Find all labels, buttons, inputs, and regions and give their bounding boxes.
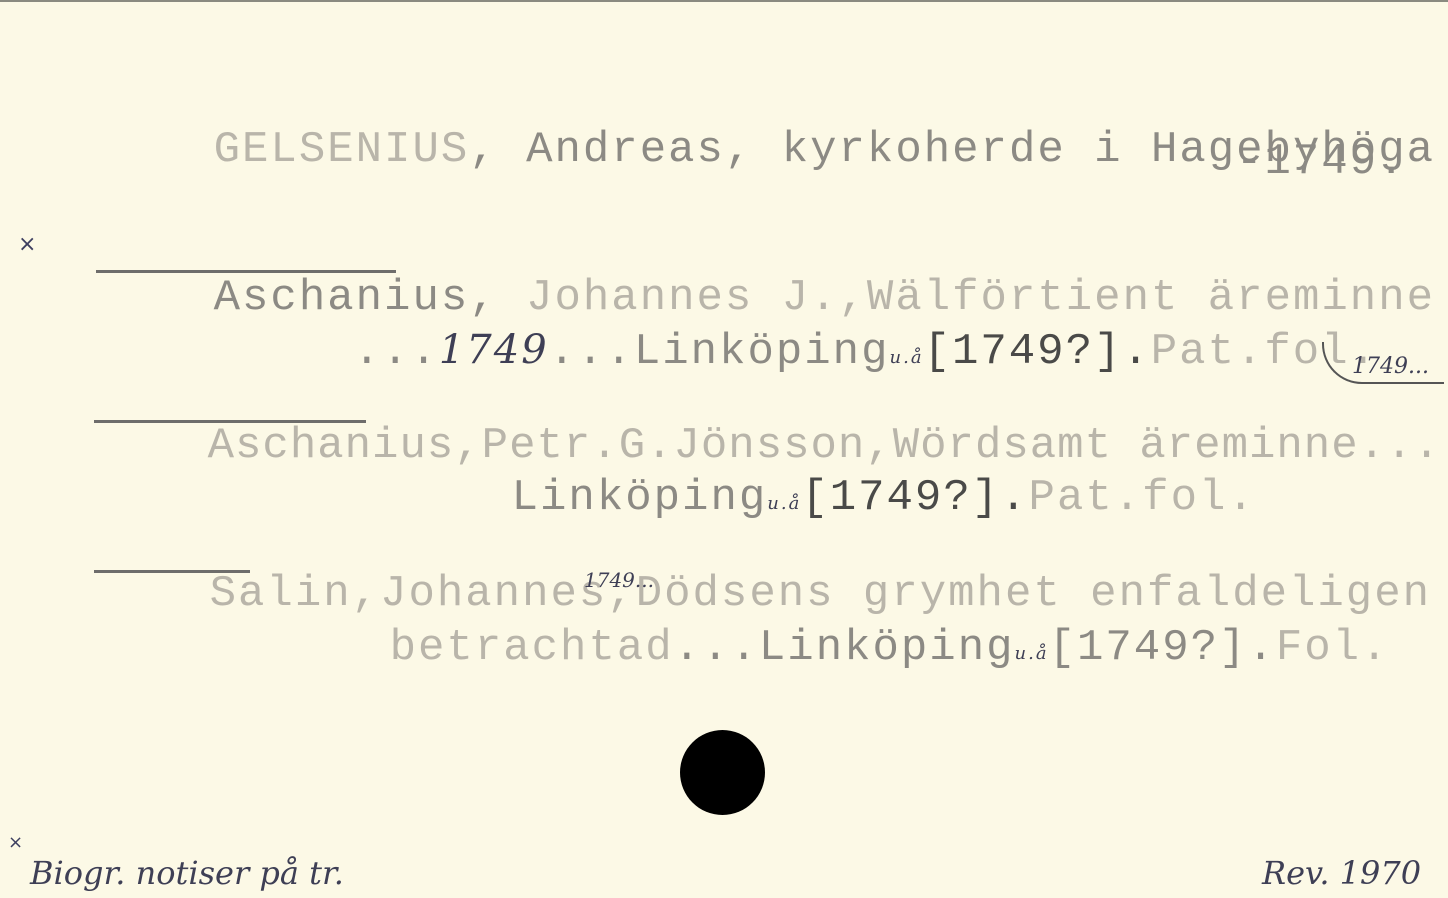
heading-underline	[94, 570, 250, 573]
x-mark-icon: ×	[18, 232, 36, 257]
x-mark-icon: ×	[8, 832, 23, 853]
revision-note: Rev. 1970	[1262, 854, 1421, 892]
entry-heading: GELSENIUS	[214, 125, 470, 175]
catalog-card: GELSENIUS, Andreas, kyrkoherde i Hagebyh…	[0, 0, 1448, 898]
ellipsis: ...	[354, 327, 439, 377]
handwritten-place-note: u.å	[890, 347, 924, 368]
handwritten-place-note: u.å	[767, 493, 801, 514]
entry-text: betrachtad	[390, 623, 674, 673]
handwritten-place-note: u.å	[1015, 643, 1049, 664]
heading-underline	[96, 270, 396, 273]
entry-gelsenius-line1: GELSENIUS, Andreas, kyrkoherde i Hagebyh…	[100, 84, 1435, 216]
heading-underline	[94, 420, 366, 423]
entry-salin-line2: betrachtad...Linköpingu.å[1749?].Fol.	[276, 582, 1389, 714]
entry-text: Linköping	[512, 473, 768, 523]
bracket-year: [1749?].	[1049, 623, 1276, 673]
entry-format: Pat.fol.	[1029, 473, 1256, 523]
entry-text: ...Linköping	[549, 327, 890, 377]
punch-hole	[680, 730, 765, 815]
entry-text: ...Linköping	[674, 623, 1015, 673]
entry-format: Fol.	[1276, 623, 1390, 673]
bracket-year: [1749?].	[801, 473, 1028, 523]
handwritten-note: Biogr. notiser på tr.	[30, 854, 344, 892]
insertion-mark	[1322, 342, 1444, 384]
handwritten-year: 1749	[439, 327, 549, 373]
entry-gelsenius-line2: -1749.	[1236, 140, 1406, 184]
bracket-year: [1749?].	[924, 327, 1151, 377]
